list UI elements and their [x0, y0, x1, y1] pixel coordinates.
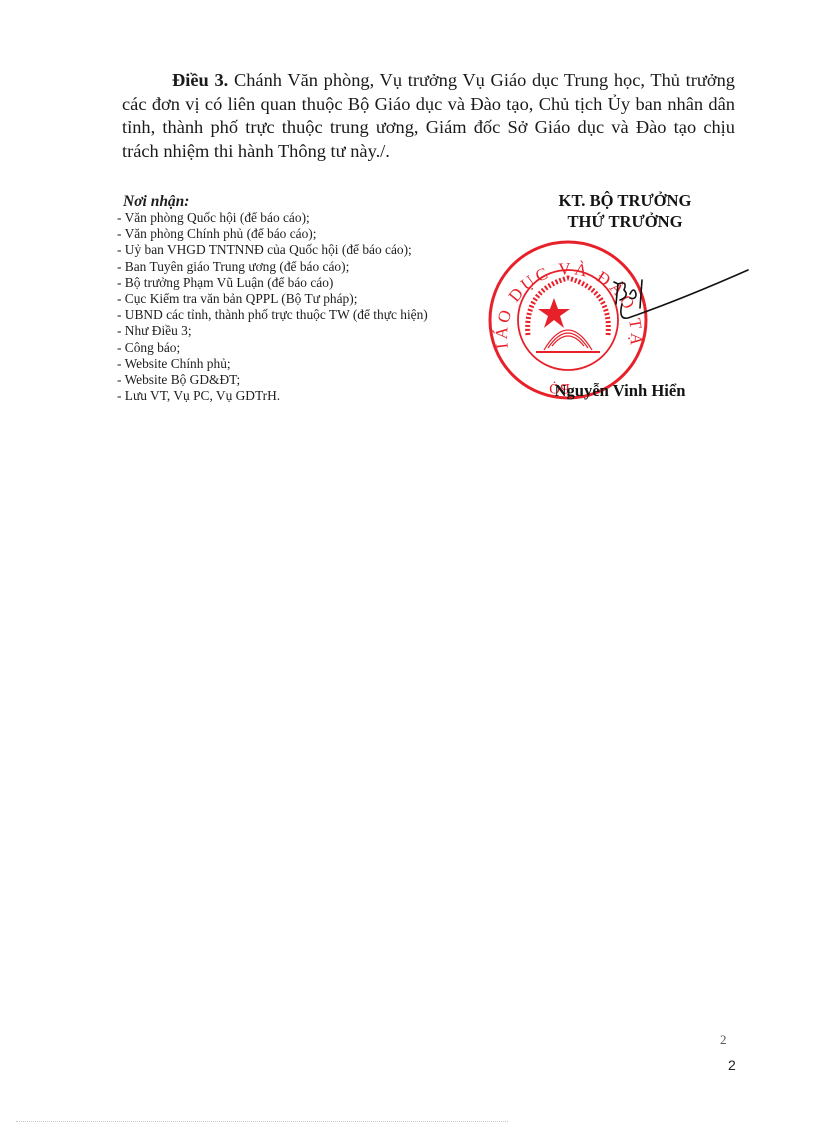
recipient-item: - Uỷ ban VHGD TNTNNĐ của Quốc hội (để bá…: [117, 242, 497, 258]
recipient-item: - Ban Tuyên giáo Trung ương (để báo cáo)…: [117, 259, 497, 275]
recipient-item: - Lưu VT, Vụ PC, Vụ GDTrH.: [117, 388, 497, 404]
recipient-item: - Công báo;: [117, 340, 497, 356]
signature-title-line1: KT. BỘ TRƯỞNG: [500, 190, 750, 211]
document-page: Điều 3. Chánh Văn phòng, Vụ trưởng Vụ Gi…: [0, 0, 816, 1123]
article-3: Điều 3. Chánh Văn phòng, Vụ trưởng Vụ Gi…: [122, 69, 735, 163]
recipient-item: - Cục Kiểm tra văn bản QPPL (Bộ Tư pháp)…: [117, 291, 497, 307]
recipient-item: - Website Bộ GD&ĐT;: [117, 372, 497, 388]
handwritten-signature-icon: [600, 260, 760, 330]
recipient-item: - UBND các tỉnh, thành phố trực thuộc TW…: [117, 307, 497, 323]
recipient-item: - Như Điều 3;: [117, 323, 497, 339]
article-3-paragraph: Điều 3. Chánh Văn phòng, Vụ trưởng Vụ Gi…: [122, 69, 735, 163]
signature-title: KT. BỘ TRƯỞNG THỨ TRƯỞNG: [500, 190, 750, 232]
recipients-list: - Văn phòng Quốc hội (để báo cáo); - Văn…: [117, 210, 497, 404]
recipient-item: - Văn phòng Quốc hội (để báo cáo);: [117, 210, 497, 226]
recipients-block: Nơi nhận: - Văn phòng Quốc hội (để báo c…: [117, 193, 497, 404]
recipient-item: - Website Chính phủ;: [117, 356, 497, 372]
scanned-page-number: 2: [720, 1032, 727, 1048]
signature-title-line2: THỨ TRƯỞNG: [500, 211, 750, 232]
article-label: Điều 3.: [172, 70, 228, 90]
recipients-heading: Nơi nhận:: [123, 193, 497, 210]
recipient-item: - Bộ trưởng Phạm Vũ Luận (để báo cáo): [117, 275, 497, 291]
page-number: 2: [728, 1057, 736, 1073]
signer-name: Nguyễn Vinh Hiển: [530, 381, 710, 401]
recipient-item: - Văn phòng Chính phủ (để báo cáo);: [117, 226, 497, 242]
